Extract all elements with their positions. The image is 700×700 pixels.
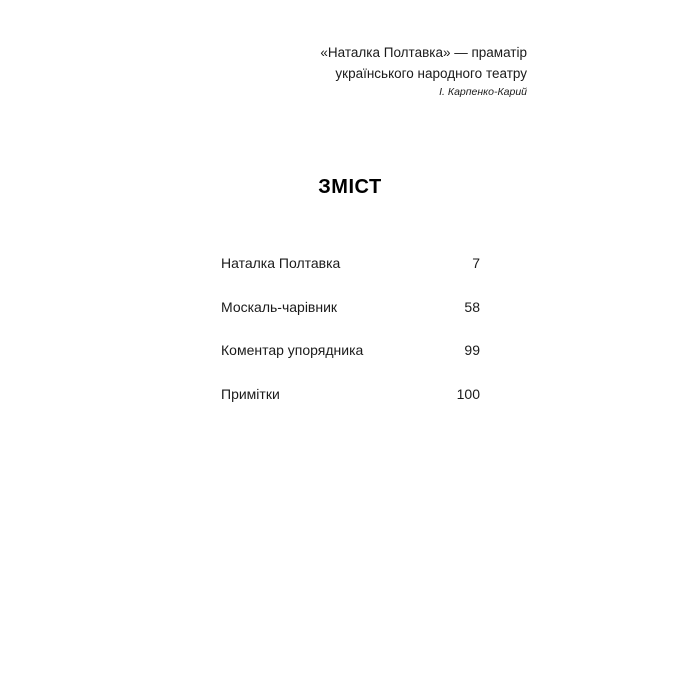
toc-entry-page: 7 <box>472 255 480 271</box>
epigraph: «Наталка Полтавка» — праматір українсько… <box>320 42 527 100</box>
epigraph-author: І. Карпенко-Карий <box>320 84 527 100</box>
table-of-contents: Наталка Полтавка 7 Москаль-чарівник 58 К… <box>221 255 480 429</box>
toc-entry-page: 58 <box>464 299 480 315</box>
toc-entry-title: Москаль-чарівник <box>221 299 337 315</box>
toc-entry[interactable]: Москаль-чарівник 58 <box>221 299 480 343</box>
epigraph-line: українського народного театру <box>320 63 527 84</box>
toc-entry-page: 99 <box>464 342 480 358</box>
toc-entry-title: Примітки <box>221 386 280 402</box>
epigraph-line: «Наталка Полтавка» — праматір <box>320 42 527 63</box>
toc-entry[interactable]: Примітки 100 <box>221 386 480 430</box>
toc-entry[interactable]: Коментар упорядника 99 <box>221 342 480 386</box>
toc-entry-page: 100 <box>457 386 480 402</box>
toc-entry-title: Наталка Полтавка <box>221 255 340 271</box>
toc-entry[interactable]: Наталка Полтавка 7 <box>221 255 480 299</box>
page-title: ЗМІСТ <box>0 176 700 199</box>
toc-entry-title: Коментар упорядника <box>221 342 363 358</box>
